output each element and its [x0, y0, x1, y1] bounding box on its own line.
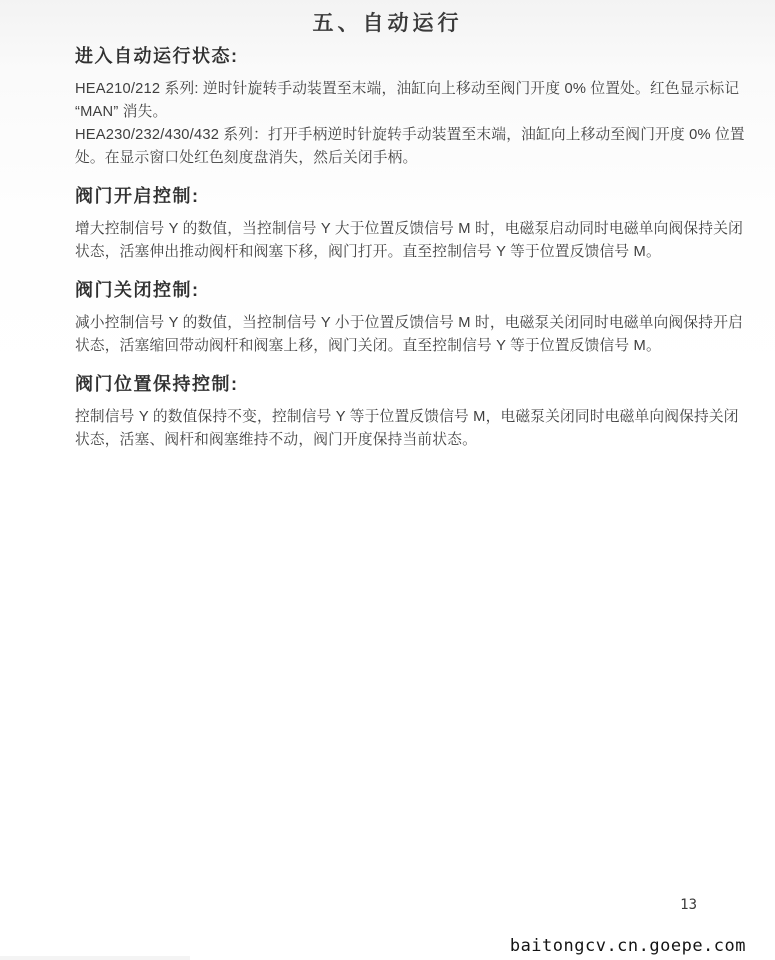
section-heading: 阀门位置保持控制:: [75, 372, 749, 397]
section-enter-auto-mode: 进入自动运行状态: HEA210/212 系列: 逆时针旋转手动装置至末端，油缸…: [75, 44, 749, 170]
document-body: 进入自动运行状态: HEA210/212 系列: 逆时针旋转手动装置至末端，油缸…: [75, 44, 749, 466]
paragraph: 增大控制信号 Y 的数值，当控制信号 Y 大于位置反馈信号 M 时，电磁泵启动同…: [75, 218, 749, 264]
section-heading: 进入自动运行状态:: [75, 44, 749, 69]
section-heading: 阀门关闭控制:: [75, 278, 749, 303]
page-title: 五、自动运行: [0, 10, 775, 38]
paragraph: 控制信号 Y 的数值保持不变，控制信号 Y 等于位置反馈信号 M，电磁泵关闭同时…: [75, 406, 749, 452]
section-heading: 阀门开启控制:: [75, 184, 749, 209]
section-valve-open-control: 阀门开启控制: 增大控制信号 Y 的数值，当控制信号 Y 大于位置反馈信号 M …: [75, 184, 749, 264]
section-valve-position-hold-control: 阀门位置保持控制: 控制信号 Y 的数值保持不变，控制信号 Y 等于位置反馈信号…: [75, 372, 749, 452]
watermark-url-text: baitongcv.cn.goepe.com: [510, 936, 746, 956]
paragraph: 减小控制信号 Y 的数值，当控制信号 Y 小于位置反馈信号 M 时，电磁泵关闭同…: [75, 312, 749, 358]
page-number: 13: [680, 897, 697, 913]
paragraph: HEA230/232/430/432 系列：打开手柄逆时针旋转手动装置至末端，油…: [75, 124, 749, 170]
paragraph: HEA210/212 系列: 逆时针旋转手动装置至末端，油缸向上移动至阀门开度 …: [75, 78, 749, 124]
document-page: 五、自动运行 进入自动运行状态: HEA210/212 系列: 逆时针旋转手动装…: [0, 0, 775, 960]
scan-edge-artifact: [0, 956, 190, 960]
section-valve-close-control: 阀门关闭控制: 减小控制信号 Y 的数值，当控制信号 Y 小于位置反馈信号 M …: [75, 278, 749, 358]
